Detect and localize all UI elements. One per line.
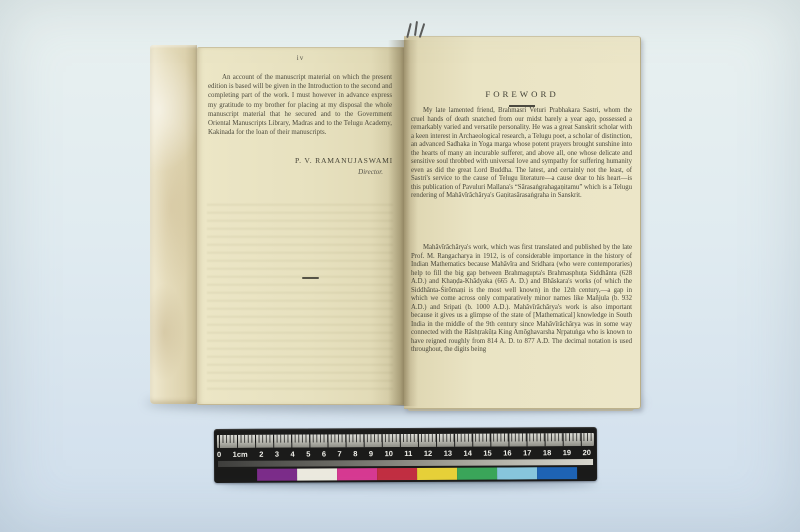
magenta-patch xyxy=(337,468,377,480)
ruler-number-1cm: 1cm xyxy=(233,450,248,459)
ruler-number-2: 2 xyxy=(259,450,263,459)
ruler-number-10: 10 xyxy=(385,449,393,458)
ruler-number-12: 12 xyxy=(424,449,432,458)
foreword-heading: FOREWORD xyxy=(404,89,640,99)
ruler-number-8: 8 xyxy=(353,449,357,458)
foreword-paragraph-2: Mahāvīrāchārya's work, which was first t… xyxy=(411,244,632,355)
page-edge-stack xyxy=(150,45,197,404)
ruler-number-11: 11 xyxy=(404,449,412,458)
text-show-through xyxy=(207,198,393,394)
ruler-number-9: 9 xyxy=(369,449,373,458)
book-right-page: FOREWORD My late lamented friend, Brahma… xyxy=(404,36,641,409)
ruler-number-17: 17 xyxy=(523,448,531,457)
ruler-number-3: 3 xyxy=(275,450,279,459)
white-patch xyxy=(297,468,337,480)
signature-block: P. V. RAMANUJASWAMI Director. xyxy=(197,156,393,176)
signature-role: Director. xyxy=(197,168,393,176)
foreword-paragraph-1: My late lamented friend, Brahmasri Vetur… xyxy=(411,107,632,201)
yellow-patch xyxy=(417,468,457,480)
blue-patch xyxy=(537,467,577,479)
crimson-patch xyxy=(377,468,417,480)
ruler-number-0: 0 xyxy=(217,450,221,459)
grayscale-gradient-strip xyxy=(218,459,593,467)
calibration-ruler: 01cm234567891011121314151617181920 xyxy=(214,427,597,483)
ruler-number-4: 4 xyxy=(291,450,295,459)
ruler-number-16: 16 xyxy=(503,448,511,457)
green-patch xyxy=(457,468,497,480)
ruler-number-15: 15 xyxy=(483,449,491,458)
book-left-page: iv An account of the manuscript material… xyxy=(197,47,404,405)
page-number: iv xyxy=(197,54,404,62)
ruler-number-18: 18 xyxy=(543,448,551,457)
ink-dash-mark xyxy=(302,277,319,279)
preface-paragraph: An account of the manuscript material on… xyxy=(208,73,392,137)
ruler-number-20: 20 xyxy=(583,448,591,457)
ruler-number-6: 6 xyxy=(322,449,326,458)
ruler-number-13: 13 xyxy=(444,449,452,458)
purple-patch xyxy=(257,469,297,481)
archival-photo-backdrop: iv An account of the manuscript material… xyxy=(0,0,800,532)
signature-name: P. V. RAMANUJASWAMI xyxy=(197,156,393,165)
ruler-numbers: 01cm234567891011121314151617181920 xyxy=(214,446,597,460)
ruler-number-14: 14 xyxy=(463,449,471,458)
ruler-number-7: 7 xyxy=(338,449,342,458)
binding-thread xyxy=(414,21,418,36)
light-blue-patch xyxy=(497,467,537,479)
ruler-number-5: 5 xyxy=(306,449,310,458)
color-calibration-patches xyxy=(214,467,597,481)
ruler-number-19: 19 xyxy=(563,448,571,457)
